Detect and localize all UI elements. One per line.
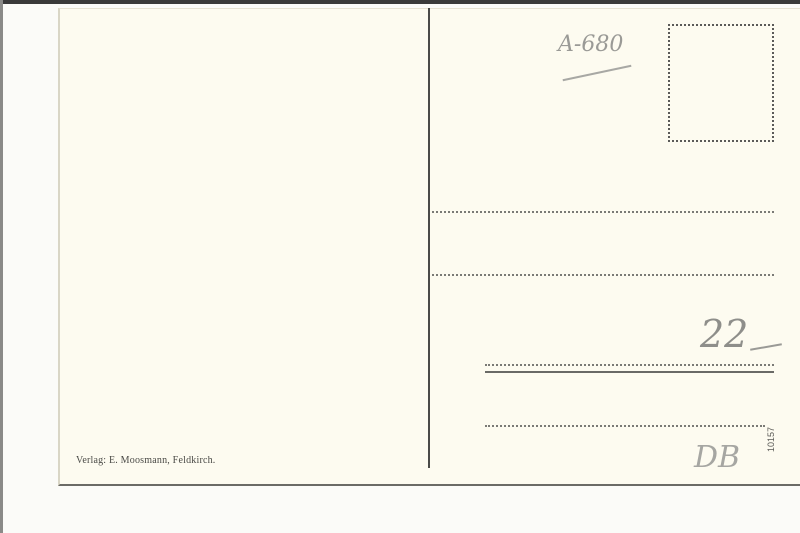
- address-line-4: [485, 425, 765, 427]
- message-address-divider: [428, 8, 430, 468]
- stamp-box: [668, 24, 774, 142]
- handwritten-code: A-680: [558, 32, 623, 57]
- address-line-3-underline: [485, 371, 774, 373]
- address-line-1: [432, 211, 774, 213]
- scan-left-edge: [0, 0, 3, 533]
- scan-top-edge: [0, 0, 800, 4]
- handwritten-initials: DB: [694, 440, 740, 475]
- address-line-2: [432, 274, 774, 276]
- publisher-imprint: Verlag: E. Moosmann, Feldkirch.: [76, 455, 216, 466]
- handwritten-number: 22: [700, 312, 748, 356]
- serial-number: 10157: [766, 427, 776, 452]
- address-line-3: [485, 364, 774, 366]
